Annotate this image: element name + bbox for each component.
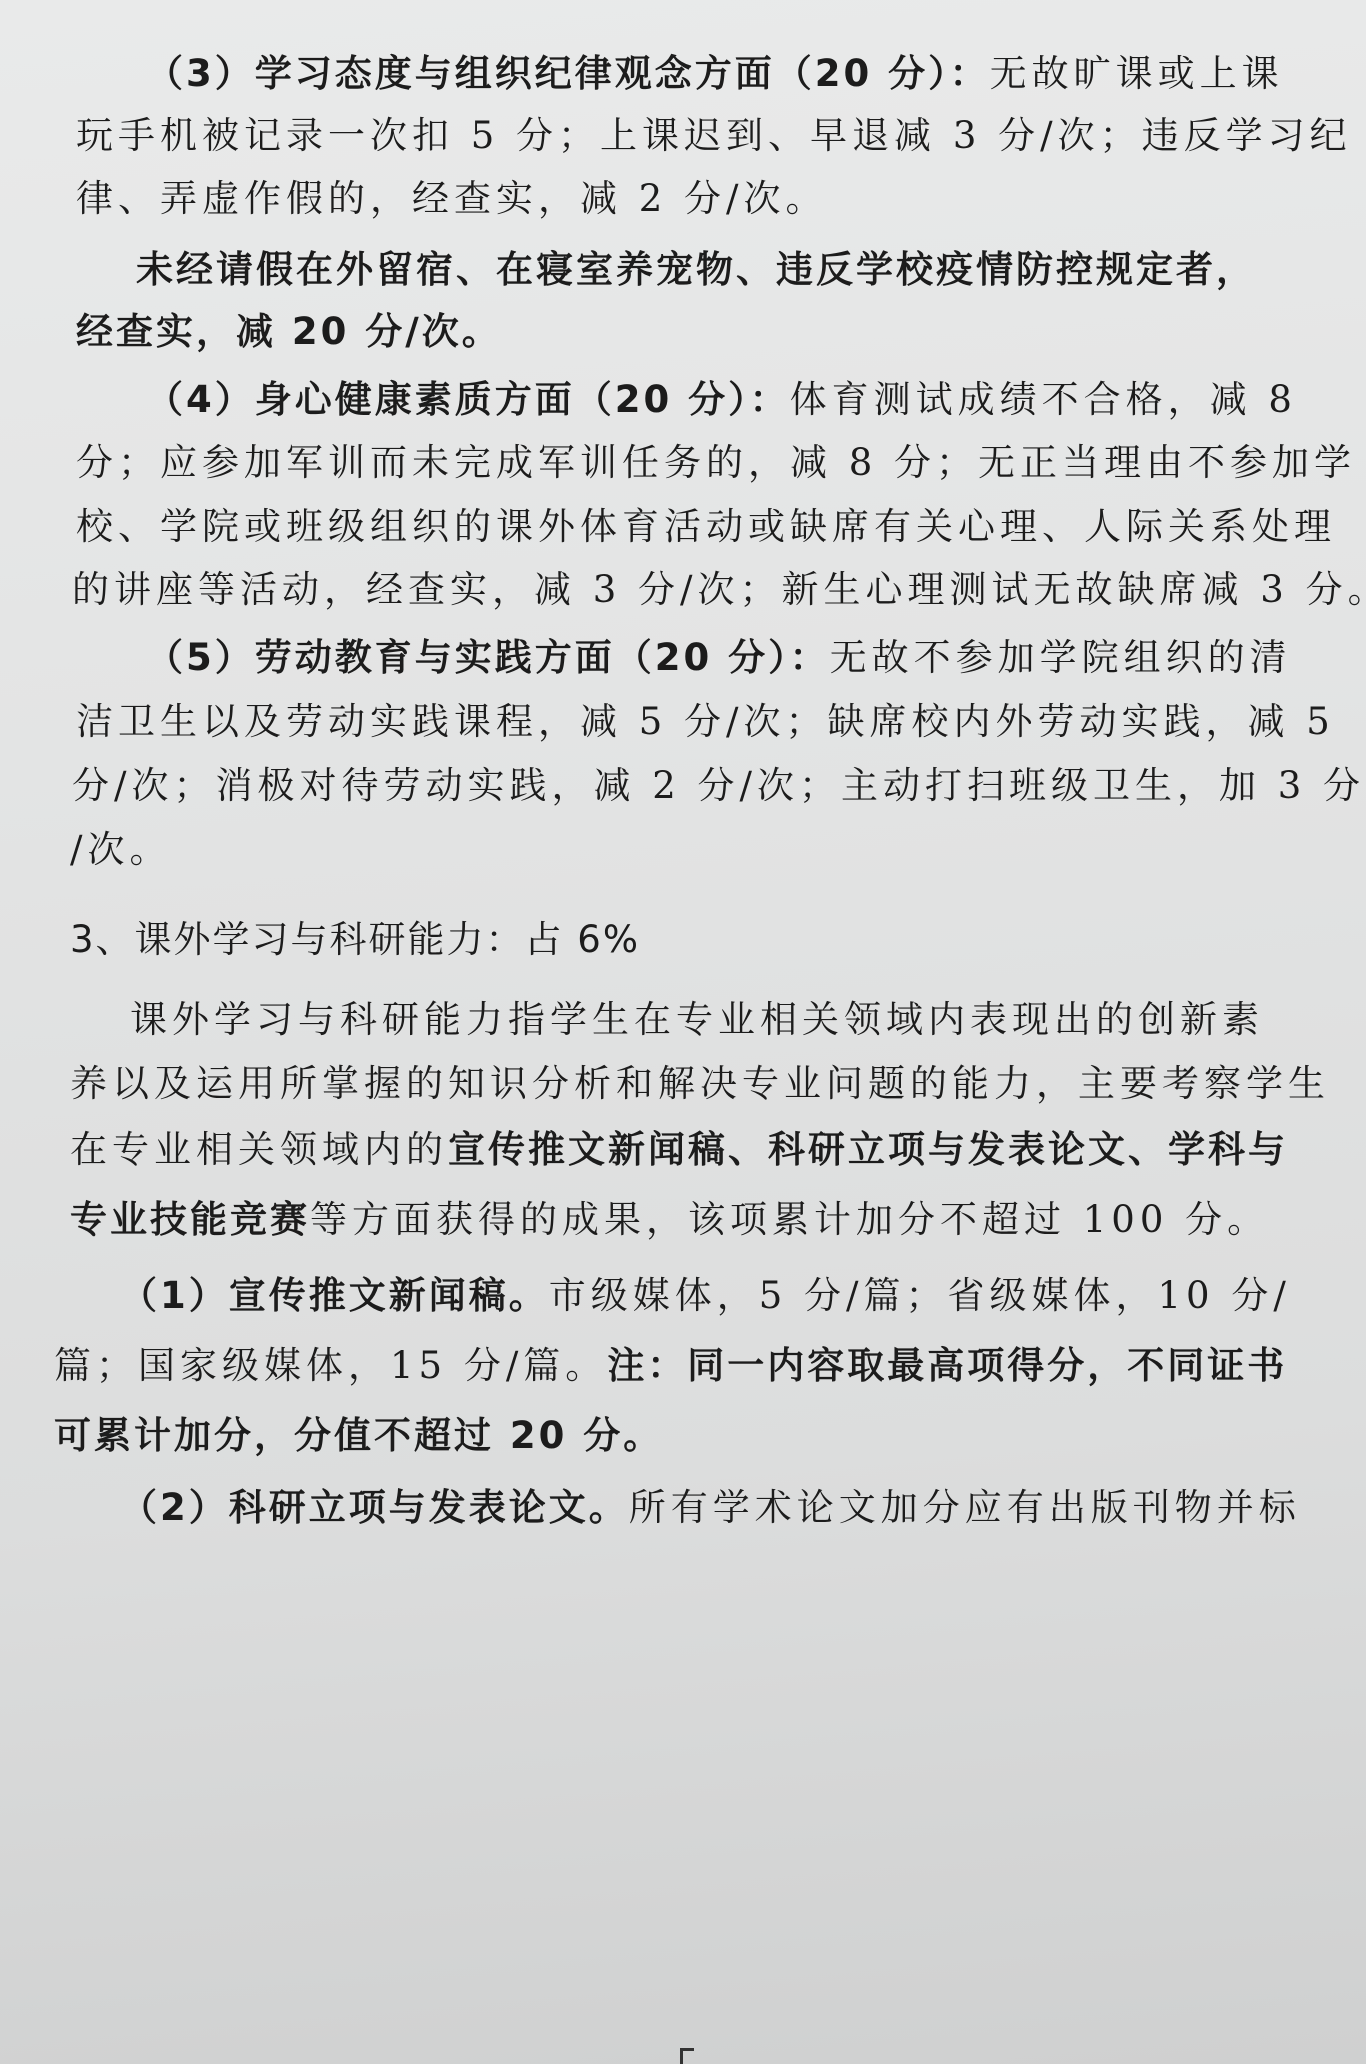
document-page: （3）学习态度与组织纪律观念方面（20 分）：无故旷课或上课玩手机被记录一次扣 … [0,0,1366,2064]
text-run: 的讲座等活动，经查实，减 3 分/次；新生心理测试无故缺席减 3 分。 [72,568,1366,611]
item3-attitude-line: 律、弄虚作假的，经查实，减 2 分/次。 [76,177,828,221]
text-run: 体育测试成绩不合格，减 8 [790,378,1297,421]
text-run: 所有学术论文加分应有出版刊物并标 [629,1486,1301,1529]
sub2-research-line: （2）科研立项与发表论文。所有学术论文加分应有出版刊物并标 [120,1486,1301,1530]
item4-health-line: 分；应参加军训而未完成军训任务的，减 8 分；无正当理由不参加学 [76,441,1356,485]
bold-text-run: 注：同一内容取最高项得分，不同证书 [607,1344,1287,1387]
text-run: 无故旷课或上课 [990,52,1284,95]
heading3-intro-line: 养以及运用所掌握的知识分析和解决专业问题的能力，主要考察学生 [70,1062,1330,1106]
text-run: 等方面获得的成果，该项累计加分不超过 100 分。 [310,1198,1269,1241]
item4-health-line: 校、学院或班级组织的课外体育活动或缺席有关心理、人际关系处理 [76,505,1336,549]
text-run: 分；应参加军训而未完成军训任务的，减 8 分；无正当理由不参加学 [76,441,1356,484]
text-run: 课外学习与科研能力指学生在专业相关领域内表现出的创新素 [130,998,1264,1041]
bold-text-run: （3）学习态度与组织纪律观念方面（20 分）： [146,52,990,95]
heading3-intro-line: 课外学习与科研能力指学生在专业相关领域内表现出的创新素 [130,998,1264,1042]
bold-text-run: （4）身心健康素质方面（20 分）： [146,378,790,421]
text-run: 市级媒体，5 分/篇；省级媒体，10 分/ [549,1274,1291,1317]
bold-text-run: （1）宣传推文新闻稿。 [120,1274,549,1317]
heading3-line: 3、课外学习与科研能力：占 6% [70,918,640,962]
text-run: 玩手机被记录一次扣 5 分；上课迟到、早退减 3 分/次；违反学习纪 [76,114,1352,157]
bold-text-run: （5）劳动教育与实践方面（20 分）： [146,636,830,679]
text-run: 养以及运用所掌握的知识分析和解决专业问题的能力，主要考察学生 [70,1062,1330,1105]
item5-labor-line: （5）劳动教育与实践方面（20 分）：无故不参加学院组织的清 [146,636,1292,680]
bold-text-run: （2）科研立项与发表论文。 [120,1486,629,1529]
sub1-press-line: （1）宣传推文新闻稿。市级媒体，5 分/篇；省级媒体，10 分/ [120,1274,1291,1318]
text-run: 校、学院或班级组织的课外体育活动或缺席有关心理、人际关系处理 [76,505,1336,548]
item3-attitude-line: （3）学习态度与组织纪律观念方面（20 分）：无故旷课或上课 [146,52,1284,96]
item4-health-line: 的讲座等活动，经查实，减 3 分/次；新生心理测试无故缺席减 3 分。 [72,568,1366,612]
sub1-press-line: 篇；国家级媒体，15 分/篇。注：同一内容取最高项得分，不同证书 [54,1344,1287,1388]
heading3-intro-line: 专业技能竞赛等方面获得的成果，该项累计加分不超过 100 分。 [70,1198,1269,1242]
item3-extra-line: 未经请假在外留宿、在寝室养宠物、违反学校疫情防控规定者， [136,248,1256,292]
item4-health-line: （4）身心健康素质方面（20 分）：体育测试成绩不合格，减 8 [146,378,1297,422]
text-run: 洁卫生以及劳动实践课程，减 5 分/次；缺席校内外劳动实践，减 5 [76,700,1335,743]
text-run: 3、课外学习与科研能力：占 6% [70,918,640,961]
page-number-mark [680,2048,694,2064]
bold-text-run: 经查实，减 20 分/次。 [76,310,502,353]
text-run: /次。 [70,828,171,871]
item3-extra-line: 经查实，减 20 分/次。 [76,310,502,354]
text-run: 在专业相关领域内的 [70,1128,448,1171]
item5-labor-line: /次。 [70,828,171,872]
text-run: 无故不参加学院组织的清 [830,636,1292,679]
item5-labor-line: 分/次；消极对待劳动实践，减 2 分/次；主动打扫班级卫生，加 3 分 [72,764,1365,808]
bold-text-run: 未经请假在外留宿、在寝室养宠物、违反学校疫情防控规定者， [136,248,1256,291]
text-run: 律、弄虚作假的，经查实，减 2 分/次。 [76,177,828,220]
text-run: 篇；国家级媒体，15 分/篇。 [54,1344,607,1387]
item5-labor-line: 洁卫生以及劳动实践课程，减 5 分/次；缺席校内外劳动实践，减 5 [76,700,1335,744]
item3-attitude-line: 玩手机被记录一次扣 5 分；上课迟到、早退减 3 分/次；违反学习纪 [76,114,1352,158]
bold-text-run: 宣传推文新闻稿、科研立项与发表论文、学科与 [448,1128,1288,1171]
sub1-press-line: 可累计加分，分值不超过 20 分。 [54,1414,663,1458]
bold-text-run: 专业技能竞赛 [70,1198,310,1241]
bold-text-run: 可累计加分，分值不超过 20 分。 [54,1414,663,1457]
text-run: 分/次；消极对待劳动实践，减 2 分/次；主动打扫班级卫生，加 3 分 [72,764,1365,807]
heading3-intro-line: 在专业相关领域内的宣传推文新闻稿、科研立项与发表论文、学科与 [70,1128,1288,1172]
